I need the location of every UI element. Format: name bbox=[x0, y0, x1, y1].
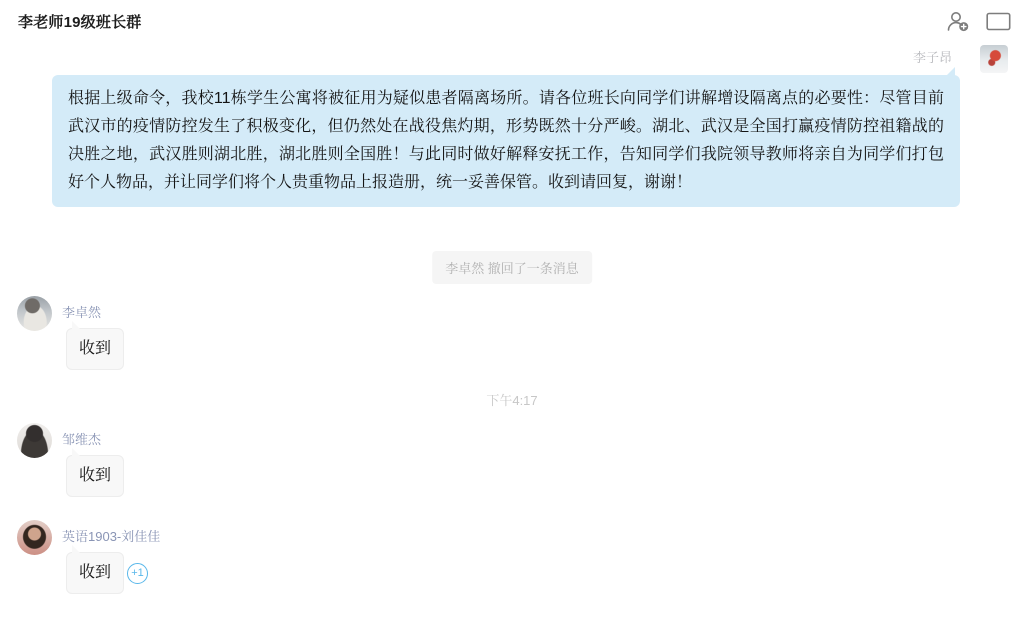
message-bubble[interactable]: 收到 bbox=[66, 328, 124, 370]
message-incoming: 英语1903-刘佳佳 收到 +1 bbox=[0, 520, 1024, 620]
recall-notice: 李卓然 撤回了一条消息 bbox=[432, 251, 592, 284]
sender-name: 李子昂 bbox=[913, 47, 952, 66]
avatar[interactable] bbox=[17, 520, 52, 555]
timestamp: 下午4:17 bbox=[486, 390, 537, 409]
folder-icon[interactable] bbox=[984, 9, 1012, 33]
sender-name[interactable]: 李卓然 bbox=[62, 302, 101, 321]
message-bubble[interactable]: 收到 bbox=[66, 552, 124, 594]
chat-window: 李老师19级班长群 李子昂 根据上级命令，我校11栋学生公寓将被征用为疑似患者隔… bbox=[0, 0, 1024, 626]
add-member-icon[interactable] bbox=[944, 9, 972, 33]
message-incoming: 邹维杰 收到 bbox=[0, 423, 1024, 523]
message-bubble[interactable]: 收到 bbox=[66, 455, 124, 497]
avatar[interactable] bbox=[980, 45, 1008, 73]
sender-name[interactable]: 邹维杰 bbox=[62, 429, 101, 448]
plus-one-button[interactable]: +1 bbox=[127, 563, 148, 584]
avatar[interactable] bbox=[17, 296, 52, 331]
sender-name[interactable]: 英语1903-刘佳佳 bbox=[62, 526, 160, 545]
header-icons bbox=[944, 9, 1012, 33]
chat-title: 李老师19级班长群 bbox=[18, 11, 142, 32]
message-bubble[interactable]: 根据上级命令，我校11栋学生公寓将被征用为疑似患者隔离场所。请各位班长向同学们讲… bbox=[52, 75, 960, 207]
avatar[interactable] bbox=[17, 423, 52, 458]
message-incoming: 李卓然 收到 bbox=[0, 296, 1024, 396]
